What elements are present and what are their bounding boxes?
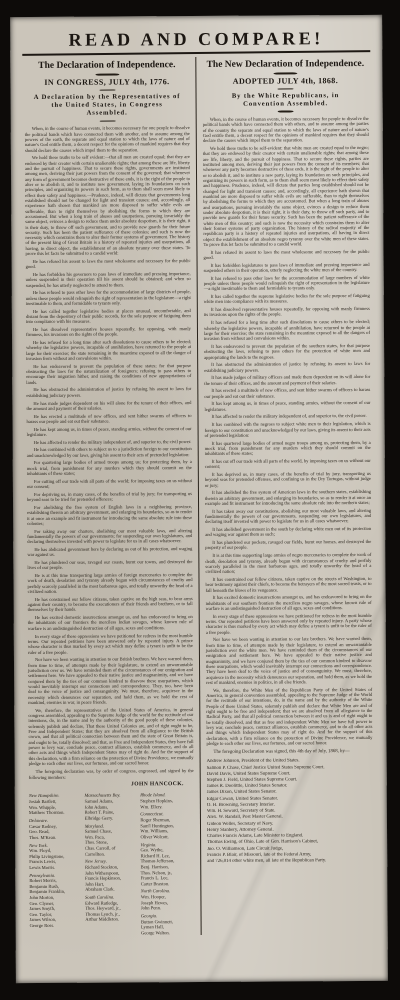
two-column-layout: The Declaration of Independence. IN CONG… [10, 53, 387, 937]
signer-name: Carrollton. [85, 851, 139, 857]
declaration-paragraph: He has forbidden his governors to pass l… [26, 271, 191, 288]
declaration-paragraph: It has plundered our pockets, ravaged ou… [205, 539, 371, 551]
declaration-paragraph: He has constrained our fellow citizens, … [28, 596, 193, 613]
ornament-rule [99, 120, 115, 122]
declaration-paragraph: He has plundered our seas, ravaged our c… [27, 559, 192, 571]
declaration-paragraph: He has obstructed the administration of … [26, 387, 191, 399]
declaration-paragraph: He has abdicated government here by decl… [27, 546, 192, 558]
declaration-paragraph: It has obstructed the administration of … [204, 361, 370, 373]
declaration-paragraph: We, therefore, the White Men of the Repu… [206, 687, 372, 747]
declaration-paragraph: We hold these truths to be self-evident:… [203, 145, 370, 247]
declaration-paragraph: For abolishing the free system of Englis… [27, 504, 192, 526]
engrossed-line: The foregoing declaration was, by order … [29, 768, 194, 780]
declaration-paragraph: It has affected to render the military i… [204, 413, 370, 419]
left-declaration-text: When, in the course of human events, it … [25, 125, 194, 766]
declaration-paragraph: It has forbidden legislatures to pass la… [204, 262, 370, 274]
signer-name: John Penn. [141, 905, 195, 911]
declaration-paragraph: For cutting off our trade with all parts… [27, 478, 192, 490]
signed-line: The foregoing Declaration was signed, th… [207, 749, 373, 755]
declaration-paragraph: It has abolished government in the south… [205, 526, 371, 538]
declaration-paragraph: It has dissolved representative houses r… [204, 306, 370, 318]
declaration-paragraph: It is at this time supporting large armi… [205, 552, 371, 574]
signer-name: Wm. Ellery. [140, 804, 194, 810]
declaration-paragraph: It has refused its assent to laws the mo… [203, 249, 369, 261]
declaration-paragraph: For taking away our charters, abolishing… [27, 528, 192, 545]
signer-name: Arthur Middleton. [85, 917, 139, 923]
right-column-heading: The New Declaration of Independence. [202, 59, 368, 70]
signer-column: Rhode Island.Stephen Hopkins,Wm. Ellery.… [140, 790, 195, 936]
declaration-paragraph: It has taken away our constitutions, abo… [205, 508, 371, 525]
declaration-paragraph: He has affected to render the military i… [27, 439, 192, 445]
signers-by-state: New Hampshire.Josiah Bartlett,Wm. Whippl… [29, 790, 195, 936]
declaration-paragraph: When, in the course of human events, it … [25, 125, 190, 153]
ornament-rule [277, 88, 293, 90]
masthead: READ AND COMPARE! [10, 15, 382, 55]
declaration-paragraph: He has kept among us, in times of peace,… [27, 426, 192, 438]
declaration-paragraph: In every stage of these oppressions we h… [28, 633, 193, 655]
column-original-declaration: The Declaration of Independence. IN CONG… [18, 57, 201, 936]
right-column-subheading: ADOPTED JULY 4th, 1868. [202, 76, 368, 86]
declaration-paragraph: It has cut off our trade with all parts … [205, 458, 371, 470]
first-signer-name: JOHN HANCOCK. [29, 781, 184, 788]
page-title: READ AND COMPARE! [10, 28, 382, 51]
declaration-paragraph: He has refused for a long time after suc… [26, 339, 191, 361]
signer-column: Massachusetts Bay.Samuel Adams,John Adam… [84, 791, 139, 937]
signer-name: George Walton. [141, 930, 195, 936]
new-declaration-signers: Andrew Johnson, President of the United … [207, 758, 374, 865]
signer-name: Matthew Thornton. [29, 810, 83, 816]
declaration-paragraph: When, in the course of human events, it … [203, 116, 369, 144]
signer-name: Elbridge Gerry. [85, 815, 139, 821]
declaration-paragraph: He has excited domestic insurrections am… [28, 614, 193, 631]
declaration-paragraph: It has made judges of military officers … [204, 374, 370, 386]
ornament-rule [99, 89, 115, 91]
ornament-rule [273, 72, 297, 74]
declaration-paragraph: Nor have we been wanting in attention to… [28, 656, 193, 705]
signer-name: Carter Braxton. [141, 881, 195, 887]
declaration-paragraph: It has constrained our fellow citizens, … [205, 576, 371, 593]
broadside-paper: READ AND COMPARE! The Declaration of Ind… [10, 15, 388, 983]
declaration-paragraph: He has made judges dependent on his will… [26, 400, 191, 412]
declaration-paragraph: It has kept among us, in times of peace,… [204, 400, 370, 412]
declaration-paragraph: We, therefore, the representatives of th… [28, 707, 193, 767]
declaration-paragraph: It has erected a multitude of new office… [204, 387, 370, 399]
column-new-declaration: The New Declaration of Independence. ADO… [196, 56, 379, 935]
signer-name: Abraham Clark. [85, 887, 139, 893]
declaration-paragraph: It has called together the supreme legis… [204, 293, 370, 305]
declaration-paragraph: It has combined with the negroes to subj… [205, 421, 371, 438]
ornament-rule [95, 73, 119, 75]
left-column-heading: The Declaration of Independence. [24, 60, 189, 71]
signer-name: George Ross. [30, 923, 84, 929]
declaration-paragraph: It has refused for a long time after suc… [204, 319, 370, 341]
declaration-paragraph: We hold these truths to be self evident:… [25, 154, 191, 256]
declaration-paragraph: It has endeavored to prevent the populat… [204, 343, 370, 360]
declaration-paragraph: It has refused to pass other laws for th… [204, 275, 370, 292]
declaration-paragraph: Nor have we been wanting in attention to… [206, 636, 372, 685]
declaration-paragraph: In every stage of these oppressions we h… [206, 613, 372, 635]
declaration-paragraph: He has combined with others to subject u… [27, 446, 192, 458]
right-column-byline: By the White Republicans, in Convention … [203, 91, 369, 108]
new-declaration-signer: and 726,014 other white men, all late of… [207, 858, 373, 865]
declaration-paragraph: It has abolished the free system of Amer… [205, 489, 371, 506]
right-declaration-text: When, in the course of human events, it … [203, 116, 373, 746]
signer-column: New Hampshire.Josiah Bartlett,Wm. Whippl… [29, 791, 84, 937]
declaration-paragraph: He has refused to pass other laws for th… [26, 289, 191, 306]
declaration-paragraph: It has deprived us, in many cases, of th… [205, 471, 371, 488]
declaration-paragraph: He has refused his assent to laws the mo… [26, 258, 191, 270]
declaration-paragraph: It has excited domestic insurrections am… [206, 594, 372, 611]
declaration-paragraph: He has erected a multitude of new office… [26, 413, 191, 425]
left-column-subheading: IN CONGRESS, JULY 4th, 1776. [24, 77, 189, 87]
declaration-paragraph: For quartering large bodies of armed tro… [27, 459, 192, 476]
left-column-byline: A Declaration by the Representatives of … [25, 93, 190, 119]
declaration-paragraph: He has dissolved representative houses r… [26, 326, 191, 338]
declaration-paragraph: He has endeavored to prevent the populat… [26, 363, 191, 385]
declaration-paragraph: He is at this time transporting large ar… [27, 572, 192, 594]
ornament-rule [278, 111, 294, 113]
scanned-broadside: { "document": { "title": "READ AND COMPA… [0, 0, 400, 1000]
declaration-paragraph: He has called together legislative bodie… [26, 308, 191, 325]
signer-name: Lewis Morris. [29, 865, 83, 871]
declaration-paragraph: It has quartered large bodies of armed n… [205, 439, 371, 456]
signer-name: Oliver Wolcott. [140, 834, 194, 840]
declaration-paragraph: For depriving us, in many cases, of the … [27, 491, 192, 503]
signer-name: Thos. M'Kean. [29, 834, 83, 840]
